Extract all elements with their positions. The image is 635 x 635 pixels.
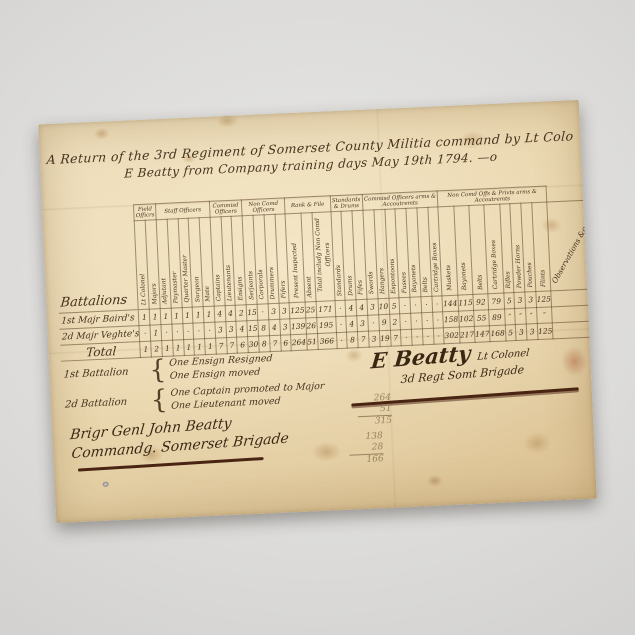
historical-document-photo: A Return of the 3rd Regiment of Somerset… bbox=[38, 100, 597, 523]
table-cell: 89 bbox=[489, 309, 505, 326]
table-cell: 4 bbox=[346, 316, 357, 332]
table-cell: 264 bbox=[291, 334, 307, 351]
table-cell: 125 bbox=[289, 302, 305, 319]
signature-rank: Lt Colonel bbox=[477, 348, 530, 363]
table-cell: ″ bbox=[504, 309, 515, 325]
paper-hole bbox=[103, 482, 109, 487]
foxing-spot bbox=[427, 474, 444, 487]
table-cell: 5 bbox=[388, 298, 399, 314]
table-cell: 2 bbox=[236, 305, 247, 321]
table-cell: 144 bbox=[442, 295, 458, 312]
pencil-sum: 166 bbox=[350, 454, 384, 467]
table-cell: 366 bbox=[317, 333, 337, 350]
table-cell: · bbox=[432, 312, 443, 328]
table-cell: 30 bbox=[248, 336, 260, 352]
stain-spot bbox=[561, 346, 588, 377]
table-cell: 3 bbox=[367, 299, 378, 315]
table-cell: · bbox=[193, 323, 204, 339]
table-cell: 7 bbox=[269, 335, 280, 351]
table-cell: · bbox=[421, 296, 432, 312]
foxing-spot bbox=[345, 348, 364, 363]
table-cell: 4 bbox=[236, 321, 247, 337]
table-cell: 1 bbox=[139, 309, 150, 325]
table-cell: 1 bbox=[192, 307, 203, 323]
table-cell: 8 bbox=[259, 336, 270, 352]
table-cell: 79 bbox=[488, 293, 504, 310]
table-cell: 15 bbox=[247, 320, 259, 336]
table-cell: ″ bbox=[536, 307, 552, 324]
table-cell: 1 bbox=[182, 307, 193, 323]
table-cell: 15 bbox=[246, 304, 258, 320]
photo-background: A Return of the 3rd Regiment of Somerset… bbox=[0, 0, 635, 635]
table-cell: 2 bbox=[389, 314, 400, 330]
column-header: Observations &c bbox=[547, 200, 587, 291]
table-cell bbox=[551, 289, 588, 307]
table-cell bbox=[553, 321, 590, 339]
table-cell: · bbox=[257, 304, 268, 320]
table-cell: 139 bbox=[290, 318, 306, 335]
table-cell: 4 bbox=[214, 306, 225, 322]
column-group-label: Field Officrs bbox=[134, 204, 156, 221]
table-cell: 4 bbox=[345, 300, 356, 316]
table-cell: · bbox=[204, 322, 215, 338]
table-cell: · bbox=[368, 315, 379, 331]
table-cell: 10 bbox=[378, 298, 390, 314]
table-cell: 125 bbox=[537, 323, 553, 340]
table-cell: 26 bbox=[305, 318, 317, 334]
column-group-label: Non Comd Officers bbox=[241, 198, 285, 216]
foxing-spot bbox=[523, 432, 552, 455]
table-cell: 1 bbox=[183, 339, 194, 355]
table-cell: · bbox=[139, 325, 150, 341]
table-cell: 55 bbox=[474, 310, 490, 327]
table-cell: 1 bbox=[150, 325, 161, 341]
brace-glyph: { bbox=[149, 358, 167, 383]
table-cell: 92 bbox=[473, 294, 489, 311]
table-cell: 7 bbox=[358, 331, 369, 347]
table-cell: 6 bbox=[237, 337, 248, 353]
table-cell: 4 bbox=[269, 319, 280, 335]
table-cell: 115 bbox=[458, 294, 474, 311]
table-cell: 1 bbox=[149, 309, 160, 325]
brace-glyph: { bbox=[150, 388, 168, 413]
table-cell: 19 bbox=[379, 330, 391, 346]
table-cell: · bbox=[411, 329, 422, 345]
table-cell: · bbox=[422, 328, 433, 344]
pencil-sum: 315 bbox=[358, 416, 392, 429]
table-cell: · bbox=[335, 316, 346, 332]
column-group-label: Commisd Officers bbox=[209, 200, 242, 217]
table-cell: 3 bbox=[215, 322, 226, 338]
pencil-arithmetic-1: 264 51 315 bbox=[357, 393, 393, 429]
table-cell: · bbox=[399, 297, 410, 313]
table-cell: 7 bbox=[390, 330, 401, 346]
table-cell: 4 bbox=[225, 305, 236, 321]
table-cell: 1 bbox=[172, 340, 183, 356]
table-cell bbox=[552, 305, 589, 323]
battalions-corner: Battalions bbox=[54, 205, 139, 314]
table-cell: 1 bbox=[194, 339, 205, 355]
table-cell: · bbox=[182, 323, 193, 339]
table-cell: ″ bbox=[515, 308, 526, 324]
table-cell: 1 bbox=[203, 306, 214, 322]
table-cell: 8 bbox=[258, 320, 269, 336]
table-cell: 171 bbox=[316, 301, 336, 318]
table-cell: · bbox=[401, 329, 412, 345]
table-cell: 3 bbox=[514, 292, 525, 308]
table-cell: 3 bbox=[225, 321, 236, 337]
table-cell: · bbox=[335, 300, 346, 316]
table-cell: · bbox=[421, 312, 432, 328]
foxing-spot bbox=[311, 441, 342, 462]
table-cell: 3 bbox=[279, 319, 290, 335]
table-cell: 4 bbox=[356, 299, 367, 315]
table-cell: · bbox=[336, 332, 347, 348]
table-cell: 3 bbox=[368, 331, 379, 347]
table-cell: 195 bbox=[316, 317, 336, 334]
table-cell: · bbox=[400, 313, 411, 329]
foxing-spot bbox=[93, 127, 110, 140]
table-cell: 102 bbox=[458, 310, 474, 327]
pencil-arithmetic-2: 138 28 166 bbox=[349, 431, 385, 467]
table-cell: 1 bbox=[160, 308, 171, 324]
table-cell: 125 bbox=[536, 291, 552, 308]
table-cell: 3 bbox=[268, 303, 279, 319]
table-cell: 25 bbox=[305, 302, 317, 318]
table-cell: 7 bbox=[226, 337, 237, 353]
foxing-spot bbox=[216, 113, 239, 128]
table-cell: · bbox=[410, 297, 421, 313]
table-cell: 6 bbox=[280, 335, 291, 351]
table-cell: 51 bbox=[306, 334, 318, 350]
note-label: 1st Battalion bbox=[63, 365, 150, 380]
note-label: 2d Battalion bbox=[64, 395, 151, 410]
table-cell: 5 bbox=[503, 293, 514, 309]
column-group-label: Standards & Drums bbox=[330, 194, 363, 211]
table-cell: · bbox=[411, 313, 422, 329]
table-cell: 9 bbox=[378, 314, 390, 330]
table-cell: · bbox=[161, 324, 172, 340]
return-table: BattalionsField OfficrsStaff OfficersCom… bbox=[54, 184, 589, 362]
column-group-label bbox=[546, 184, 583, 202]
table-cell: 158 bbox=[443, 311, 459, 328]
table-cell: 8 bbox=[347, 332, 358, 348]
table-cell: ″ bbox=[526, 308, 537, 324]
table-cell: 3 bbox=[357, 315, 368, 331]
table-cell: 3 bbox=[279, 303, 290, 319]
table-cell: 1 bbox=[205, 338, 216, 354]
table-cell: 3 bbox=[525, 292, 536, 308]
table-cell: · bbox=[431, 296, 442, 312]
table-cell: 1 bbox=[171, 308, 182, 324]
table-cell: 7 bbox=[215, 338, 226, 354]
table-cell: · bbox=[172, 324, 183, 340]
